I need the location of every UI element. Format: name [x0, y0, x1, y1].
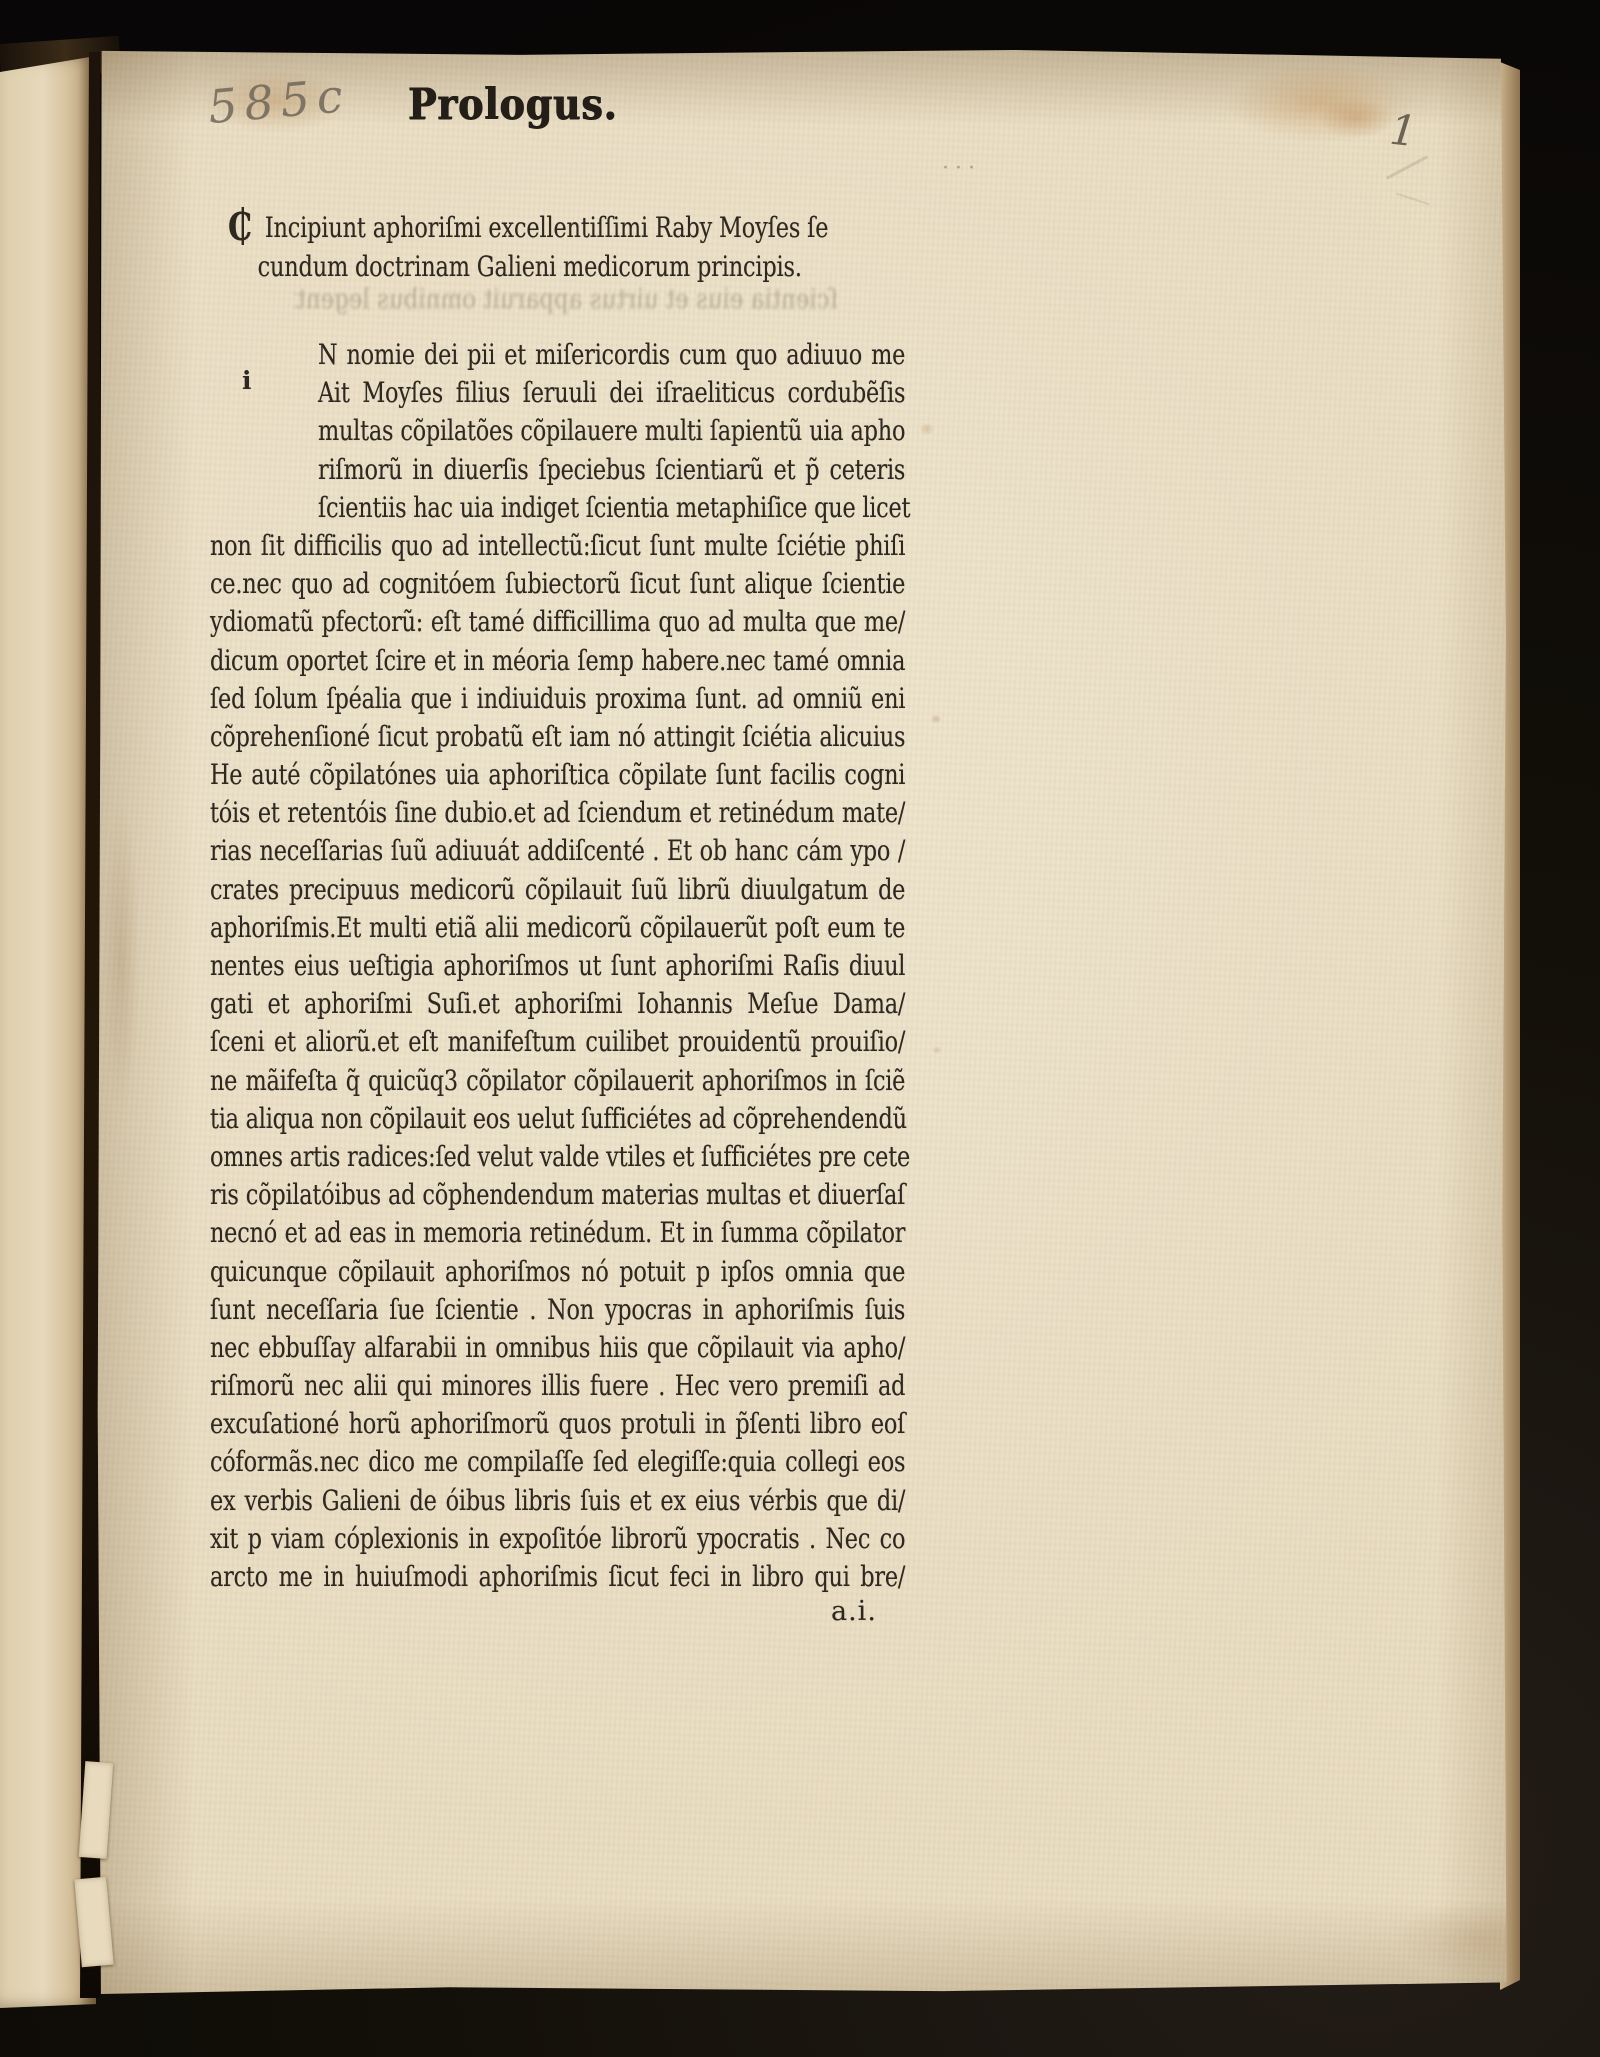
- handwritten-folio-number: 1: [1388, 105, 1420, 157]
- text-line: nec ebbuſſay alfarabii in omnibus hiis q…: [210, 1329, 905, 1367]
- capitulum-mark: C: [228, 204, 252, 249]
- text-line: ex verbis Galieni de óibus libris ſuis e…: [210, 1482, 905, 1520]
- incipit-text: Incipiunt aphoriſmi excellentiſſimi Raby…: [265, 211, 829, 244]
- text-line: ſcientiis hac uia indiget ſcientia metap…: [318, 489, 905, 527]
- text-line: N nomie dei pii et miſericordis cum quo …: [318, 336, 905, 374]
- incipit-paragraph: CIncipiunt aphoriſmi excellentiſſimi Rab…: [228, 208, 868, 286]
- text-line: gati et aphoriſmi Suſi.et aphoriſmi Ioha…: [210, 985, 905, 1023]
- incipit-line: CIncipiunt aphoriſmi excellentiſſimi Rab…: [228, 208, 868, 248]
- book-page: 585c Prologus. 1 ··· CIncipiunt aphoriſm…: [96, 48, 1508, 1996]
- text-line: excuſationé horũ aphoriſmorũ quos protul…: [210, 1405, 905, 1443]
- incipit-line: cundum doctrinam Galieni medicorum princ…: [258, 248, 868, 287]
- pencil-mark: [1386, 155, 1428, 179]
- book-photograph: 585c Prologus. 1 ··· CIncipiunt aphoriſm…: [0, 0, 1600, 2057]
- text-line: ſceni et aliorũ.et eſt manifeſtum cuilib…: [210, 1023, 905, 1061]
- main-text-block: N nomie dei pii et miſericordis cum quo …: [210, 336, 905, 1596]
- text-line: omnes artis radices:ſed velut valde vtil…: [210, 1138, 905, 1176]
- text-line: ydiomatũ pfectorũ: eſt tamé difficillima…: [210, 603, 905, 641]
- text-line: He auté cõpilatónes uia aphoriſtica cõpi…: [210, 756, 905, 794]
- text-line: riſmorũ nec alii qui minores illis fuere…: [210, 1367, 905, 1405]
- text-line: riſmorũ in diuerſis ſpeciebus ſcientiarũ…: [318, 451, 905, 489]
- text-line: crates precipuus medicorũ cõpilauit ſuũ …: [210, 871, 905, 909]
- text-line: cóformãs.nec dico me compilaſſe ſed eleg…: [210, 1443, 905, 1481]
- text-line: arcto me in huiuſmodi aphoriſmis ſicut f…: [210, 1558, 905, 1596]
- handwritten-shelfmark: 585c: [206, 68, 352, 134]
- pencil-mark: [1397, 193, 1430, 205]
- text-line: rias neceſſarias ſuũ adiuuát addiſcenté …: [210, 832, 905, 870]
- text-line: nentes eius ueſtigia aphoriſmos ut ſunt …: [210, 947, 905, 985]
- text-line: multas cõpilatões cõpilauere multi ſapie…: [318, 412, 905, 450]
- show-through-text: ſcientia eius et uirtus apparuit omnibus…: [294, 284, 838, 315]
- text-line: tóis et retentóis ſine dubio.et ad ſcien…: [210, 794, 905, 832]
- text-line: tia aliqua non cõpilauit eos uelut ſuffi…: [210, 1100, 905, 1138]
- text-line: ſunt neceſſaria ſue ſcientie . Non ypocr…: [210, 1291, 905, 1329]
- text-line: dicum oportet ſcire et in méoria ſemp ha…: [210, 642, 905, 680]
- text-line: aphoriſmis.Et multi etiã alii medicorũ c…: [210, 909, 905, 947]
- text-line: ſed ſolum ſpéalia que i indiuiduis proxi…: [210, 680, 905, 718]
- page-title: Prologus.: [408, 80, 618, 130]
- text-line: ris cõpilatóibus ad cõphendendum materia…: [210, 1176, 905, 1214]
- text-line: cõprehenſioné ſicut probatũ eſt iam nó a…: [210, 718, 905, 756]
- text-line: Ait Moyſes filius ſeruuli dei iſraelitic…: [318, 374, 905, 412]
- text-line: non ſit difficilis quo ad intellectũ:ſic…: [210, 527, 905, 565]
- text-line: necnó et ad eas in memoria retinédum. Et…: [210, 1214, 905, 1252]
- ink-dots: ···: [942, 156, 981, 181]
- text-line: ne mãifeſta q̃ quicũq3 cõpilator cõpilau…: [210, 1062, 905, 1100]
- text-line: quicunque cõpilauit aphoriſmos nó potuit…: [210, 1253, 905, 1291]
- quire-signature: a.i.: [831, 1596, 877, 1627]
- text-line: xit p viam cóplexionis in expoſitóe libr…: [210, 1520, 905, 1558]
- text-line: ce.nec quo ad cognitóem ſubiectorũ ſicut…: [210, 565, 905, 603]
